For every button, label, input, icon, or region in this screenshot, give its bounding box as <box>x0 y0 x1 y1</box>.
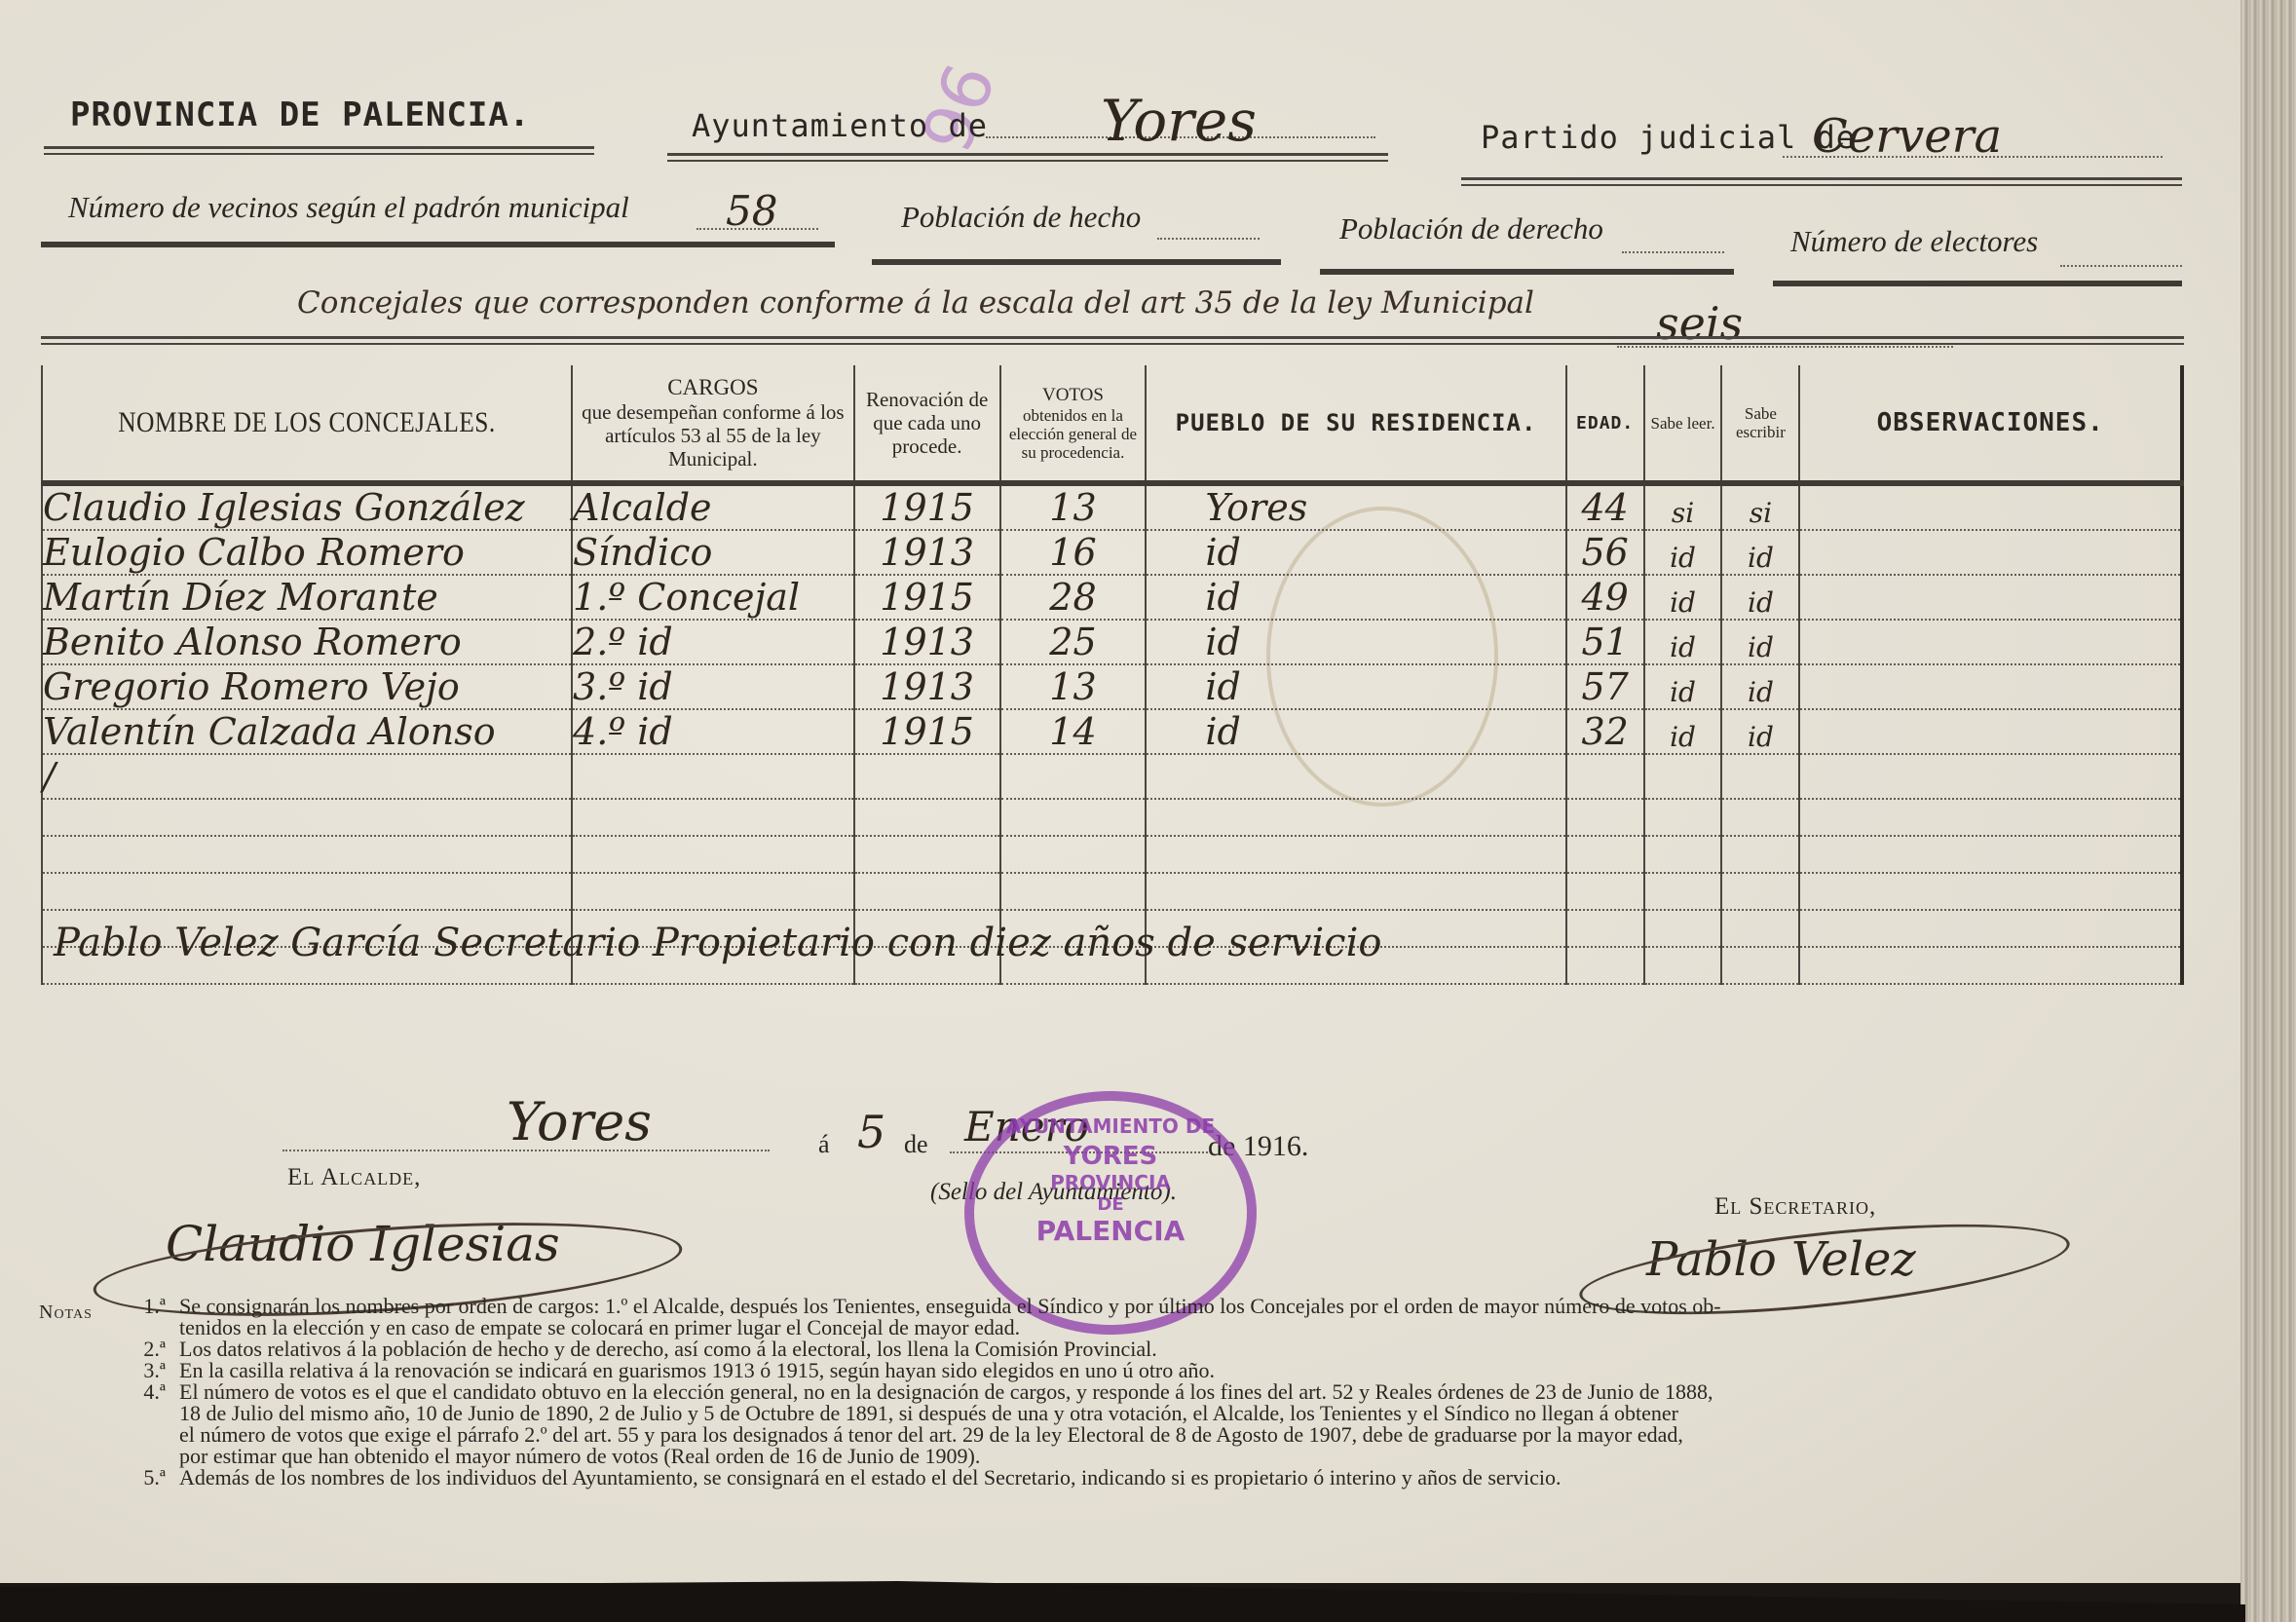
cell-escribir: id <box>1721 664 1799 709</box>
table-top-rule <box>41 336 2184 345</box>
secretario-entry: Pablo Velez García Secretario Propietari… <box>54 921 1381 965</box>
provincia-title: PROVINCIA DE PALENCIA. <box>70 95 530 134</box>
cell-observaciones <box>1799 799 2182 836</box>
col-renovacion-header: Renovación de que cada uno procede. <box>854 365 1000 483</box>
col-pueblo-header: PUEBLO DE SU RESIDENCIA. <box>1146 365 1565 483</box>
cell-escribir: id <box>1721 530 1799 575</box>
cell-nombre: Eulogio Calbo Romero <box>42 530 572 575</box>
cell-nombre: Martín Díez Morante <box>42 575 572 620</box>
cell-observaciones <box>1799 620 2182 664</box>
col-cargos-header: CARGOS que desempeñan conforme á los art… <box>572 365 854 483</box>
cell-votos: 25 <box>1000 620 1147 664</box>
cell-leer <box>1644 754 1722 799</box>
cell-leer: id <box>1644 709 1722 754</box>
note-number: 4.ª <box>97 1381 179 1403</box>
col-votos-header: VOTOS obtenidos en la elección general d… <box>1000 365 1147 483</box>
cell-renovacion <box>854 754 1000 799</box>
cell-observaciones <box>1799 947 2182 984</box>
note-text-continuation: 18 de Julio del mismo año, 10 de Junio d… <box>97 1403 2182 1424</box>
cell-edad <box>1566 754 1644 799</box>
cell-votos: 13 <box>1000 664 1147 709</box>
cell-cargo <box>572 799 854 836</box>
note-text-continuation: por estimar que han obtenido el mayor nú… <box>97 1446 2182 1467</box>
cell-escribir <box>1721 754 1799 799</box>
note-text: Además de los nombres de los individuos … <box>179 1467 1561 1489</box>
cell-observaciones <box>1799 836 2182 873</box>
cell-votos <box>1000 799 1147 836</box>
partido-label: Partido judicial de <box>1481 119 1856 156</box>
cell-cargo <box>572 873 854 910</box>
col-nombre-header: NOMBRE DE LOS CONCEJALES. <box>42 365 572 483</box>
cell-nombre <box>42 799 572 836</box>
cell-renovacion: 1913 <box>854 530 1000 575</box>
vecinos-value: 58 <box>726 187 777 235</box>
cell-leer: id <box>1644 620 1722 664</box>
book-page-edges <box>2240 0 2296 1622</box>
note-item: 3.ªEn la casilla relativa á la renovació… <box>97 1360 2182 1381</box>
cell-observaciones <box>1799 575 2182 620</box>
cell-edad <box>1566 947 1644 984</box>
cell-nombre: Benito Alonso Romero <box>42 620 572 664</box>
note-item: 4.ªEl número de votos es el que el candi… <box>97 1381 2182 1467</box>
col-leer-header: Sabe leer. <box>1644 365 1722 483</box>
cell-observaciones <box>1799 709 2182 754</box>
table-row: Valentín Calzada Alonso 4.º id 1915 14 i… <box>42 709 2182 754</box>
cell-renovacion: 1913 <box>854 664 1000 709</box>
note-number: 3.ª <box>97 1360 179 1381</box>
cell-cargo: Alcalde <box>572 483 854 530</box>
cell-edad: 49 <box>1566 575 1644 620</box>
note-number: 1.ª <box>97 1296 179 1317</box>
note-text: Se consignarán los nombres por orden de … <box>179 1296 1721 1317</box>
cell-cargo: 3.º id <box>572 664 854 709</box>
notes-label: Notas <box>39 1301 93 1323</box>
cell-pueblo: Yores <box>1146 483 1565 530</box>
note-text: Los datos relativos á la población de he… <box>179 1339 1157 1360</box>
poblacion-hecho-label: Población de hecho <box>901 200 1141 235</box>
table-row: Claudio Iglesias González Alcalde 1915 1… <box>42 483 2182 530</box>
cell-pueblo <box>1146 836 1565 873</box>
cell-pueblo <box>1146 799 1565 836</box>
partido-value: Cervera <box>1812 109 2002 164</box>
note-text-continuation: el número de votos que exige el párrafo … <box>97 1424 2182 1446</box>
cell-cargo <box>572 836 854 873</box>
cell-escribir <box>1721 799 1799 836</box>
date-day: 5 <box>857 1106 885 1158</box>
cell-edad: 44 <box>1566 483 1644 530</box>
header-rule <box>667 153 1388 162</box>
cell-observaciones <box>1799 530 2182 575</box>
note-text: El número de votos es el que el candidat… <box>179 1381 1713 1403</box>
poblacion-derecho-field <box>1622 251 1724 253</box>
note-number: 2.ª <box>97 1339 179 1360</box>
cell-votos <box>1000 873 1147 910</box>
cell-edad: 57 <box>1566 664 1644 709</box>
cell-observaciones <box>1799 483 2182 530</box>
cell-renovacion: 1913 <box>854 620 1000 664</box>
cell-leer <box>1644 836 1722 873</box>
note-item: 2.ªLos datos relativos á la población de… <box>97 1339 2182 1360</box>
cell-pueblo: id <box>1146 575 1565 620</box>
cell-edad <box>1566 873 1644 910</box>
cell-nombre <box>42 836 572 873</box>
cell-leer: id <box>1644 575 1722 620</box>
cell-renovacion <box>854 799 1000 836</box>
cell-renovacion <box>854 873 1000 910</box>
cell-observaciones <box>1799 664 2182 709</box>
cell-nombre <box>42 873 572 910</box>
note-item: 5.ªAdemás de los nombres de los individu… <box>97 1467 2182 1489</box>
table-row <box>42 799 2182 836</box>
cell-nombre: Valentín Calzada Alonso <box>42 709 572 754</box>
table-row: Gregorio Romero Vejo 3.º id 1913 13 id 5… <box>42 664 2182 709</box>
cell-leer: si <box>1644 483 1722 530</box>
notes-section: Notas 1.ªSe consignarán los nombres por … <box>39 1296 2182 1489</box>
cell-edad <box>1566 799 1644 836</box>
cell-leer: id <box>1644 664 1722 709</box>
col-escribir-header: Sabe escribir <box>1721 365 1799 483</box>
poblacion-derecho-label: Población de derecho <box>1339 211 1603 246</box>
date-de: de <box>904 1130 928 1159</box>
header-rule <box>872 259 1281 265</box>
cell-votos <box>1000 754 1147 799</box>
cell-escribir <box>1721 947 1799 984</box>
cell-cargo: 4.º id <box>572 709 854 754</box>
cell-cargo <box>572 754 854 799</box>
concejales-table: NOMBRE DE LOS CONCEJALES. CARGOS que des… <box>41 365 2184 985</box>
table-row <box>42 873 2182 910</box>
cell-pueblo: id <box>1146 530 1565 575</box>
header-rule <box>1461 177 2182 186</box>
cell-pueblo: id <box>1146 620 1565 664</box>
electores-field <box>2060 265 2182 267</box>
cell-cargo: 1.º Concejal <box>572 575 854 620</box>
cell-escribir: id <box>1721 620 1799 664</box>
cell-edad: 56 <box>1566 530 1644 575</box>
note-number: 5.ª <box>97 1467 179 1489</box>
cell-votos: 16 <box>1000 530 1147 575</box>
date-place: Yores <box>507 1091 652 1152</box>
cell-votos <box>1000 836 1147 873</box>
date-a: á <box>818 1130 830 1159</box>
cell-renovacion <box>854 836 1000 873</box>
concejales-label: Concejales que corresponden conforme á l… <box>297 285 1534 321</box>
cell-observaciones <box>1799 910 2182 947</box>
header-rule <box>41 242 835 247</box>
header-rule <box>44 146 594 155</box>
cell-votos: 28 <box>1000 575 1147 620</box>
note-text-continuation: tenidos en la elección y en caso de empa… <box>97 1317 2182 1339</box>
table-row: Benito Alonso Romero 2.º id 1913 25 id 5… <box>42 620 2182 664</box>
table-header-row: NOMBRE DE LOS CONCEJALES. CARGOS que des… <box>42 365 2182 483</box>
note-item: 1.ªSe consignarán los nombres por orden … <box>97 1296 2182 1339</box>
secretario-title: El Secretario, <box>1714 1193 1876 1221</box>
table-row: Martín Díez Morante 1.º Concejal 1915 28… <box>42 575 2182 620</box>
cell-edad: 51 <box>1566 620 1644 664</box>
ayuntamiento-label: Ayuntamiento de <box>692 107 988 144</box>
cell-renovacion: 1915 <box>854 575 1000 620</box>
cell-leer: id <box>1644 530 1722 575</box>
cell-pueblo: id <box>1146 709 1565 754</box>
table-row: / <box>42 754 2182 799</box>
cell-pueblo <box>1146 873 1565 910</box>
cell-escribir: id <box>1721 575 1799 620</box>
cell-nombre: Claudio Iglesias González <box>42 483 572 530</box>
cell-leer <box>1644 873 1722 910</box>
cell-escribir <box>1721 873 1799 910</box>
cell-escribir: id <box>1721 709 1799 754</box>
cell-leer <box>1644 947 1722 984</box>
cell-renovacion: 1915 <box>854 483 1000 530</box>
table-row <box>42 836 2182 873</box>
header-rule <box>1773 281 2182 286</box>
cell-leer <box>1644 799 1722 836</box>
cell-renovacion: 1915 <box>854 709 1000 754</box>
col-edad-header: EDAD. <box>1566 365 1644 483</box>
cell-votos: 14 <box>1000 709 1147 754</box>
electores-label: Número de electores <box>1790 224 2038 259</box>
cell-pueblo <box>1146 754 1565 799</box>
cell-votos: 13 <box>1000 483 1147 530</box>
cell-cargo: Síndico <box>572 530 854 575</box>
ayuntamiento-value: Yores <box>1101 88 1257 154</box>
header-rule <box>1320 269 1734 275</box>
cell-escribir <box>1721 836 1799 873</box>
table-row: Eulogio Calbo Romero Síndico 1913 16 id … <box>42 530 2182 575</box>
col-observaciones-header: OBSERVACIONES. <box>1799 365 2182 483</box>
cell-nombre: Gregorio Romero Vejo <box>42 664 572 709</box>
alcalde-title: El Alcalde, <box>287 1164 421 1191</box>
cell-cargo: 2.º id <box>572 620 854 664</box>
cell-observaciones <box>1799 754 2182 799</box>
cell-edad: 32 <box>1566 709 1644 754</box>
cell-edad <box>1566 910 1644 947</box>
poblacion-hecho-field <box>1157 238 1260 240</box>
cell-nombre: / <box>42 754 572 799</box>
note-text: En la casilla relativa á la renovación s… <box>179 1360 1215 1381</box>
cell-escribir <box>1721 910 1799 947</box>
cell-pueblo: id <box>1146 664 1565 709</box>
cell-observaciones <box>1799 873 2182 910</box>
cell-escribir: si <box>1721 483 1799 530</box>
cell-leer <box>1644 910 1722 947</box>
vecinos-label: Número de vecinos según el padrón munici… <box>68 190 629 225</box>
cell-edad <box>1566 836 1644 873</box>
